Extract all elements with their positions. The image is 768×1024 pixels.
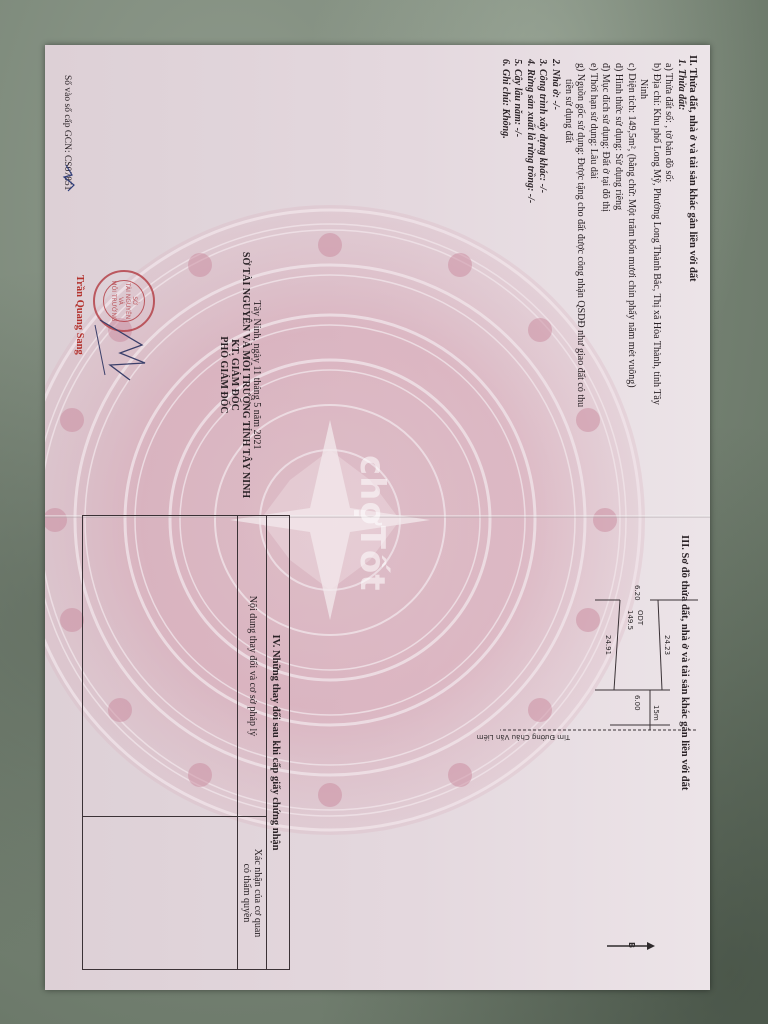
certificate-sheet: chợTốt II. Thửa đất, nhà ở và tài sản kh… bbox=[45, 45, 710, 990]
production-forest-info: 4. Rừng sản xuất là rừng trồng: -/- bbox=[523, 55, 536, 510]
other-construction-info: 3. Công trình xây dựng khác: -/- bbox=[536, 55, 549, 510]
issuing-organization: SỞ TÀI NGUYÊN VÀ MÔI TRƯỜNG TỈNH TÂY NIN… bbox=[240, 225, 251, 525]
north-arrow-icon: B bbox=[605, 940, 655, 952]
perennial-trees-info: 5. Cây lâu năm: -/- bbox=[511, 55, 524, 510]
address-line-2: Ninh bbox=[637, 55, 650, 510]
section-ii-land-info: II. Thửa đất, nhà ở và tài sản khác gắn … bbox=[498, 55, 698, 510]
notes-info: 6. Ghi chú: Không. bbox=[498, 55, 511, 510]
svg-text:B: B bbox=[627, 942, 636, 948]
table-header: Nội dung thay đổi và cơ sở pháp lý Xác n… bbox=[237, 516, 267, 969]
usage-purpose: đ) Mục đích sử dụng: Đất ở tại đô thị bbox=[599, 55, 612, 510]
column-authority-confirmation: Xác nhận của cơ quan có thẩm quyền bbox=[238, 816, 266, 969]
parcel-number: a) Thửa đất số: , tờ bản đồ số: bbox=[662, 55, 675, 510]
column-change-content: Nội dung thay đổi và cơ sở pháp lý bbox=[238, 516, 266, 816]
section-iv-title: IV. Những thay đổi sau khi cấp giấy chứn… bbox=[270, 516, 281, 969]
address-line-1: b) Địa chỉ: Khu phố Long Mỹ, Phường Long… bbox=[649, 55, 662, 510]
section-iii-plot-diagram: III. Sơ đồ thửa đất, nhà ở và tài sản kh… bbox=[679, 535, 690, 975]
usage-origin-line-1: g) Nguồn gốc sử dụng: Được tặng cho đất … bbox=[574, 55, 587, 510]
usage-origin-line-2: tiền sử dụng đất bbox=[561, 55, 574, 510]
section-ii-title: II. Thửa đất, nhà ở và tài sản khác gắn … bbox=[687, 55, 698, 510]
signer-position: PHÓ GIÁM ĐỐC bbox=[218, 225, 229, 525]
usage-form: d) Hình thức sử dụng: Sử dụng riêng bbox=[611, 55, 624, 510]
registration-initials bbox=[58, 163, 78, 193]
issue-date: Tây Ninh, ngày 11 tháng 5 năm 2021 bbox=[251, 225, 262, 525]
table-column-divider bbox=[83, 816, 239, 817]
signature-block: Tây Ninh, ngày 11 tháng 5 năm 2021 SỞ TÀ… bbox=[218, 225, 262, 525]
edge-top-length: 24.23 bbox=[663, 635, 671, 655]
changes-after-issuance-table: IV. Những thay đổi sau khi cấp giấy chứn… bbox=[82, 515, 290, 970]
road-setback: 15m bbox=[652, 705, 660, 721]
land-area: c) Diện tích: 149,5m², (bằng chữ: Một tr… bbox=[624, 55, 637, 510]
signer-authority: KT. GIÁM ĐỐC bbox=[229, 225, 240, 525]
watermark-logo: chợTốt bbox=[352, 455, 392, 592]
signer-name: Trần Quang Sang bbox=[74, 275, 85, 355]
usage-term: e) Thời hạn sử dụng: Lâu dài bbox=[586, 55, 599, 510]
section-iii-title: III. Sơ đồ thửa đất, nhà ở và tài sản kh… bbox=[679, 535, 690, 975]
land-heading: 1. Thửa đất: bbox=[674, 55, 687, 510]
house-info: 2. Nhà ở: -/- bbox=[548, 55, 561, 510]
handwritten-signature bbox=[90, 315, 150, 385]
